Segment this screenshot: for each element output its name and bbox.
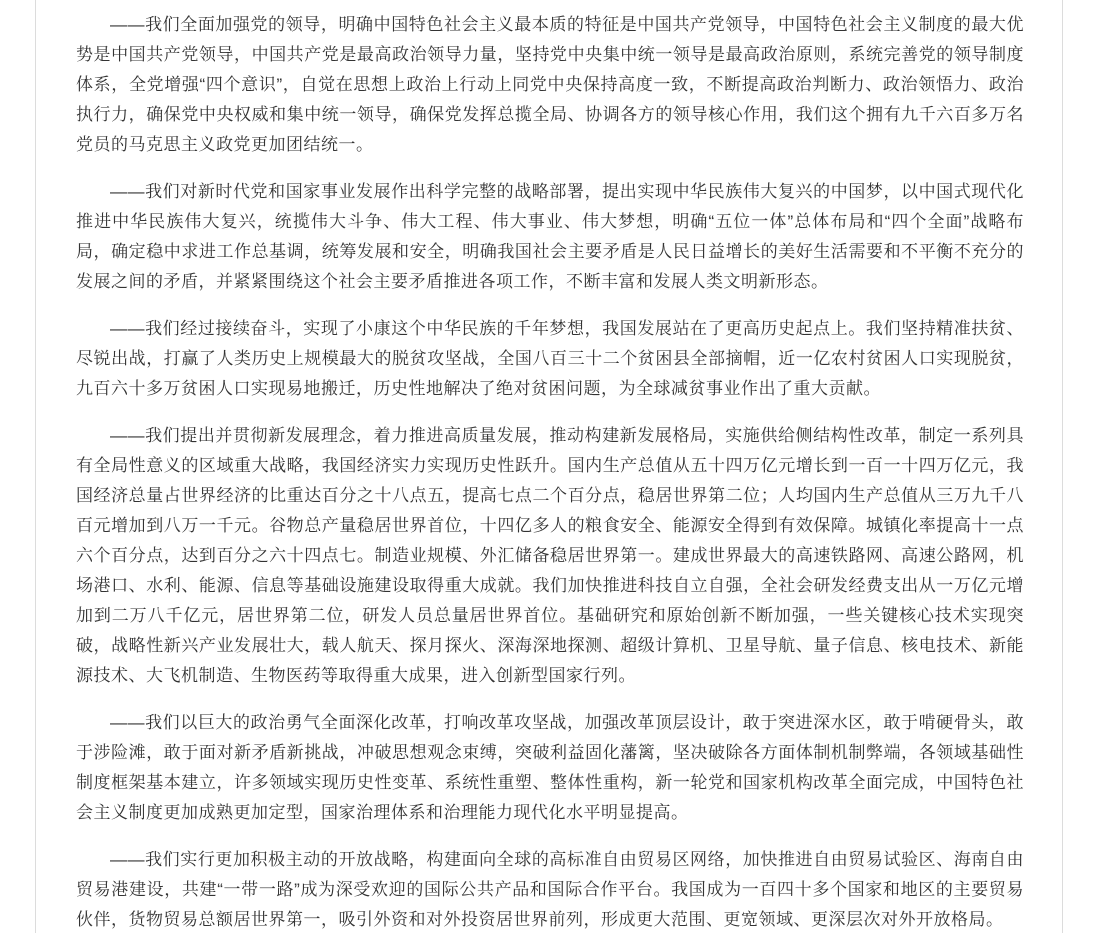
paragraph-strategic-plan: ——我们对新时代党和国家事业发展作出科学完整的战略部署，提出实现中华民族伟大复兴… bbox=[76, 177, 1024, 297]
paragraph-deepening-reform: ——我们以巨大的政治勇气全面深化改革，打响改革攻坚战，加强改革顶层设计，敢于突进… bbox=[76, 708, 1024, 828]
paragraph-opening-up-strategy: ——我们实行更加积极主动的开放战略，构建面向全球的高标准自由贸易区网络，加快推进… bbox=[76, 845, 1024, 933]
document-page: ——我们全面加强党的领导，明确中国特色社会主义最本质的特征是中国共产党领导，中国… bbox=[0, 0, 1100, 933]
paragraph-party-leadership: ——我们全面加强党的领导，明确中国特色社会主义最本质的特征是中国共产党领导，中国… bbox=[76, 10, 1024, 160]
article-content-column: ——我们全面加强党的领导，明确中国特色社会主义最本质的特征是中国共产党领导，中国… bbox=[35, 0, 1063, 933]
paragraph-new-development-concept: ——我们提出并贯彻新发展理念，着力推进高质量发展，推动构建新发展格局，实施供给侧… bbox=[76, 421, 1024, 691]
paragraph-poverty-alleviation: ——我们经过接续奋斗，实现了小康这个中华民族的千年梦想，我国发展站在了更高历史起… bbox=[76, 314, 1024, 404]
